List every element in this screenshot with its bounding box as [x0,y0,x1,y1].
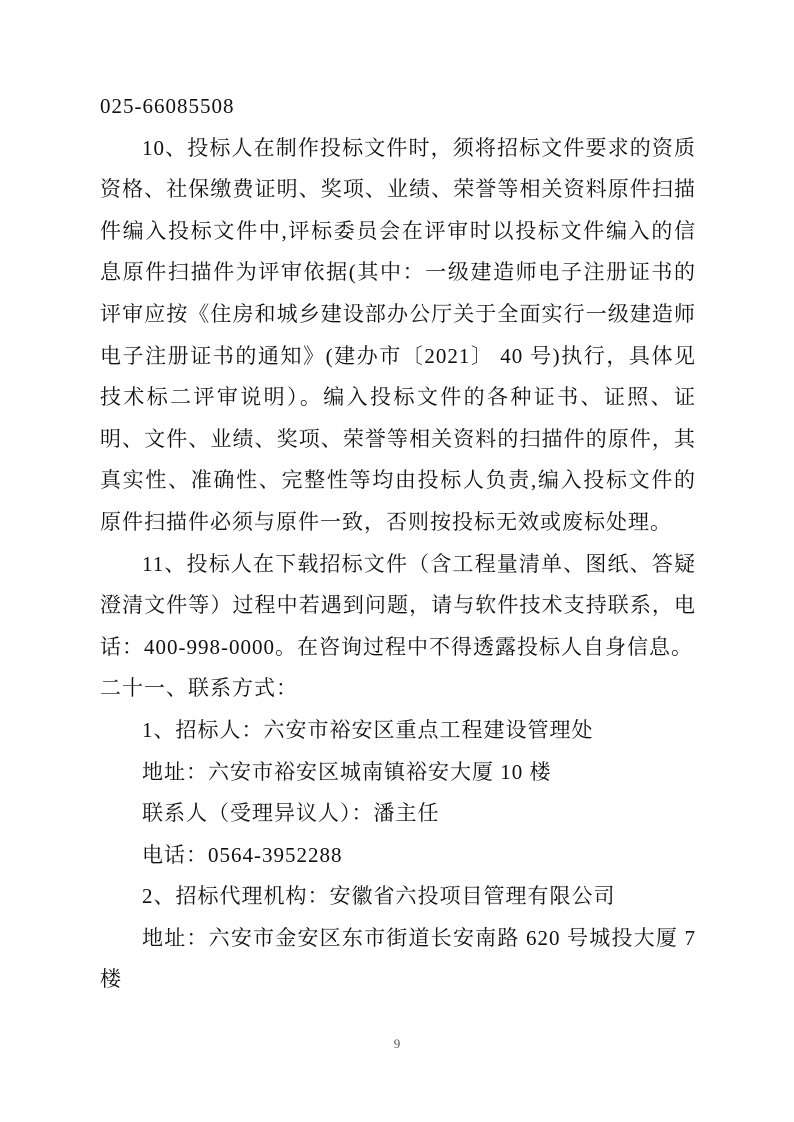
document-body: 025-66085508 10、投标人在制作投标文件时，须将招标文件要求的资质资… [100,86,696,1001]
contact-line-agency: 2、招标代理机构：安徽省六投项目管理有限公司 [100,876,696,918]
section-heading-contact: 二十一、联系方式： [100,668,696,710]
contact-line-tenderer-phone: 电话：0564-3952288 [100,835,696,877]
contact-line-contact-person: 联系人（受理异议人）：潘主任 [100,793,696,835]
document-page: 025-66085508 10、投标人在制作投标文件时，须将招标文件要求的资质资… [0,0,794,1122]
paragraph-phone-continuation: 025-66085508 [100,86,696,128]
paragraph-item-10: 10、投标人在制作投标文件时，须将招标文件要求的资质资格、社保缴费证明、奖项、业… [100,128,696,544]
paragraph-item-11: 11、投标人在下载招标文件（含工程量清单、图纸、答疑澄清文件等）过程中若遇到问题… [100,544,696,669]
page-number: 9 [0,1036,794,1052]
contact-line-tenderer-address: 地址：六安市裕安区城南镇裕安大厦 10 楼 [100,752,696,794]
contact-line-tenderer: 1、招标人：六安市裕安区重点工程建设管理处 [100,710,696,752]
contact-line-agency-address: 地址：六安市金安区东市街道长安南路 620 号城投大厦 7 楼 [100,918,696,1001]
